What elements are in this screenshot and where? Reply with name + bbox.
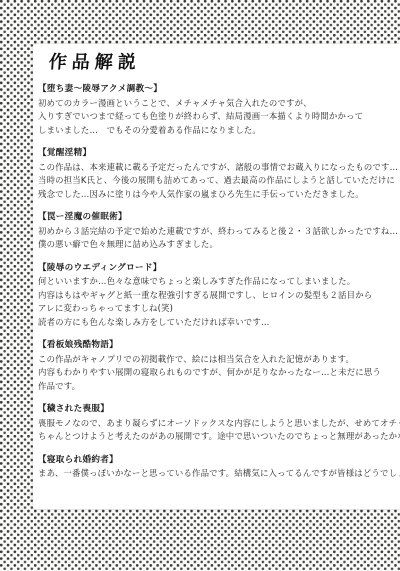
- section-heading: 【看板娘残酷物語】: [38, 339, 370, 353]
- section-heading: 【穢された喪服】: [38, 403, 370, 417]
- section-line: 内容もわかりやすい展開の寝取られものですが、何かが足りなかったなー…と未だに思う: [38, 366, 370, 380]
- section-saiminjutsu: 【罠ー淫魔の催眠術】 初めから３話完結の予定で始めた連載ですが、終わってみると後…: [38, 211, 370, 252]
- section-heading: 【罠ー淫魔の催眠術】: [38, 211, 370, 225]
- section-line: この作品がキャノプリでの初掲載作で、絵には相当気合を入れた記憶があります。: [38, 353, 370, 367]
- page-background: 作品解説 【堕ち妻〜陵辱アクメ調教〜】 初めてのカラー漫画ということで、メチャメ…: [0, 0, 400, 571]
- section-line: 喪服モノなので、あまり凝らずにオーソドックスな内容にしようと思いましたが、せめて…: [38, 417, 370, 431]
- section-wedding-road: 【陵辱のウエディングロード】 何といいますか…色々な意味でちょっと楽しみすぎた作…: [38, 262, 370, 330]
- section-heading: 【寝取られ婚約者】: [38, 454, 370, 468]
- section-line: 読者の方にも色んな楽しみ方をしていただければ幸いです…: [38, 316, 370, 330]
- section-line: 当時の担当K氏と、今後の展開も詰めてあって、過去最高の作品にしようと話していただ…: [38, 174, 370, 188]
- section-line: 初めから３話完結の予定で始めた連載ですが、終わってみると後２・３話欲しかったです…: [38, 225, 370, 239]
- paper-panel: 作品解説 【堕ち妻〜陵辱アクメ調教〜】 初めてのカラー漫画ということで、メチャメ…: [33, 44, 400, 509]
- section-mofuku: 【穢された喪服】 喪服モノなので、あまり凝らずにオーソドックスな内容にしようと思…: [38, 403, 370, 444]
- section-line: 内容はもはやギャグと紙一重な程強引すぎる展開ですし、ヒロインの髪型も２話目から: [38, 289, 370, 303]
- section-line: 初めてのカラー漫画ということで、メチャメチャ気合入れたのですが、: [38, 97, 370, 111]
- section-line: 何といいますか…色々な意味でちょっと楽しみすぎた作品になってしまいました。: [38, 275, 370, 289]
- section-line: まあ、一番僕っぽいかなーと思っている作品です。結構気に入ってるんですが皆様はどう…: [38, 467, 370, 481]
- section-heading: 【覚醒淫精】: [38, 147, 370, 161]
- section-line: 残念でした…因みに塗りは今や人気作家の嵐まひろ先生に手伝っていただきました。: [38, 188, 370, 202]
- section-line: しまいました… でもその分愛着ある作品になりました。: [38, 124, 370, 138]
- section-heading: 【堕ち妻〜陵辱アクメ調教〜】: [38, 83, 370, 97]
- page-title: 作品解説: [48, 48, 372, 74]
- section-line: アレに変わっちゃってますしね(笑): [38, 302, 370, 316]
- section-ochizuma: 【堕ち妻〜陵辱アクメ調教〜】 初めてのカラー漫画ということで、メチャメチャ気合入…: [38, 83, 370, 137]
- section-kakusei: 【覚醒淫精】 この作品は、本来連載に載る予定だったんですが、諸般の事情でお蔵入り…: [38, 147, 370, 201]
- section-line: 入りすぎでいつまで経っても色塗りが終わらず、結局漫画一本描くより時間かかって: [38, 110, 370, 124]
- section-heading: 【陵辱のウエディングロード】: [38, 262, 370, 276]
- section-line: 作品です。: [38, 380, 370, 394]
- section-line: ちゃんとつけようと考えたのがあの展開です。途中で思いついたのでちょっと無理があっ…: [38, 430, 370, 444]
- section-netorare-konyakusha: 【寝取られ婚約者】 まあ、一番僕っぽいかなーと思っている作品です。結構気に入って…: [38, 454, 370, 481]
- section-line: 僕の悪い癖で色々無理に詰め込みすぎました。: [38, 238, 370, 252]
- section-kanbanmusume: 【看板娘残酷物語】 この作品がキャノプリでの初掲載作で、絵には相当気合を入れた記…: [38, 339, 370, 393]
- section-line: この作品は、本来連載に載る予定だったんですが、諸般の事情でお蔵入りになったもので…: [38, 161, 370, 175]
